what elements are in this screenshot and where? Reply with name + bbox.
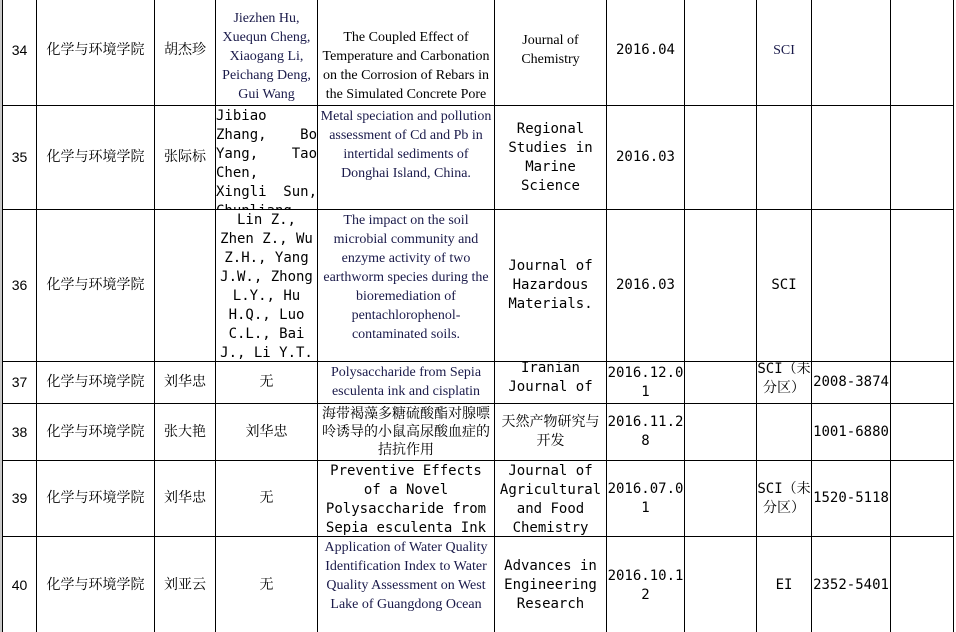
cell-journal[interactable]: Iranian Journal of Basic Medical	[495, 362, 607, 404]
cell-title[interactable]: Polysaccharide from Sepia esculenta ink …	[318, 362, 495, 404]
cell-index[interactable]: SCI（未分区）	[757, 362, 812, 404]
cell-index[interactable]	[757, 404, 812, 461]
cell-college[interactable]: 化学与环境学院	[37, 461, 155, 537]
cell-author[interactable]: 刘华忠	[155, 362, 216, 404]
cell-author[interactable]: 刘亚云	[155, 537, 216, 632]
title-text: The impact on the soil microbial communi…	[318, 211, 494, 361]
cell-empty[interactable]	[891, 106, 954, 210]
cell-empty[interactable]	[891, 461, 954, 537]
date-text: 2016.11.28	[607, 413, 684, 451]
cell-no[interactable]: 36	[3, 210, 37, 362]
title-text: The Coupled Effect of Temperature and Ca…	[318, 0, 494, 104]
table-row: 34 化学与环境学院 胡杰珍 Jiezhen Hu, Xuequn Cheng,…	[3, 0, 954, 106]
cell-author[interactable]: 刘华忠	[155, 461, 216, 537]
cell-coauthors[interactable]: Lin Z., Zhen Z., Wu Z.H., Yang J.W., Zho…	[216, 210, 318, 362]
cell-no[interactable]: 40	[3, 537, 37, 632]
cell-journal[interactable]: Regional Studies in Marine Science	[495, 106, 607, 210]
cell-empty[interactable]	[891, 404, 954, 461]
cell-issn[interactable]: 1001-6880	[812, 404, 891, 461]
coauthors-text: Jibiao Zhang, Bo Yang, Tao Chen, Xingli …	[216, 107, 317, 209]
cell-issn[interactable]	[812, 210, 891, 362]
date-text: 2016.12.01	[607, 364, 684, 402]
coauthors-text: Jiezhen Hu, Xuequn Cheng, Xiaogang Li, P…	[216, 0, 317, 104]
cell-college[interactable]: 化学与环境学院	[37, 362, 155, 404]
cell-title[interactable]: 海带褐藻多糖硫酸酯对腺嘌呤诱导的小鼠高尿酸血症的拮抗作用	[318, 404, 495, 461]
cell-coauthors[interactable]: 刘华忠	[216, 404, 318, 461]
cell-empty[interactable]	[685, 210, 757, 362]
cell-no[interactable]: 34	[3, 0, 37, 106]
cell-no[interactable]: 37	[3, 362, 37, 404]
table-row: 37 化学与环境学院 刘华忠 无 Polysaccharide from Sep…	[3, 362, 954, 404]
cell-issn[interactable]	[812, 106, 891, 210]
table-row: 40 化学与环境学院 刘亚云 无 Application of Water Qu…	[3, 537, 954, 632]
journal-text: Journal of Agricultural and Food Chemist…	[495, 462, 606, 536]
cell-empty[interactable]	[685, 362, 757, 404]
cell-index[interactable]	[757, 106, 812, 210]
cell-index[interactable]: EI	[757, 537, 812, 632]
cell-journal[interactable]: Advances in Engineering Research	[495, 537, 607, 632]
cell-title[interactable]: The impact on the soil microbial communi…	[318, 210, 495, 362]
cell-journal[interactable]: 天然产物研究与开发	[495, 404, 607, 461]
cell-empty[interactable]	[685, 106, 757, 210]
cell-index[interactable]: SCI	[757, 210, 812, 362]
cell-coauthors[interactable]: 无	[216, 537, 318, 632]
table-row: 36 化学与环境学院 Lin Z., Zhen Z., Wu Z.H., Yan…	[3, 210, 954, 362]
cell-author[interactable]: 张大艳	[155, 404, 216, 461]
cell-index[interactable]: SCI（未分区）	[757, 461, 812, 537]
cell-empty[interactable]	[685, 0, 757, 106]
table-row: 38 化学与环境学院 张大艳 刘华忠 海带褐藻多糖硫酸酯对腺嘌呤诱导的小鼠高尿酸…	[3, 404, 954, 461]
cell-issn[interactable]	[812, 0, 891, 106]
cell-title[interactable]: Preventive Effects of a Novel Polysaccha…	[318, 461, 495, 537]
date-text: 2016.10.12	[607, 567, 684, 605]
cell-title[interactable]: Application of Water Quality Identificat…	[318, 537, 495, 632]
cell-issn[interactable]: 2352-5401	[812, 537, 891, 632]
cell-empty[interactable]	[891, 537, 954, 632]
cell-no[interactable]: 39	[3, 461, 37, 537]
cell-author[interactable]: 张际标	[155, 106, 216, 210]
cell-date[interactable]: 2016.10.12	[607, 537, 685, 632]
cell-date[interactable]: 2016.07.01	[607, 461, 685, 537]
cell-no[interactable]: 38	[3, 404, 37, 461]
cell-college[interactable]: 化学与环境学院	[37, 404, 155, 461]
cell-journal[interactable]: Journal of Agricultural and Food Chemist…	[495, 461, 607, 537]
cell-empty[interactable]	[685, 461, 757, 537]
title-text: 海带褐藻多糖硫酸酯对腺嘌呤诱导的小鼠高尿酸血症的拮抗作用	[318, 405, 494, 460]
title-text: Polysaccharide from Sepia esculenta ink …	[318, 363, 494, 403]
cell-college[interactable]: 化学与环境学院	[37, 537, 155, 632]
cell-date[interactable]: 2016.04	[607, 0, 685, 106]
cell-empty[interactable]	[685, 537, 757, 632]
cell-no[interactable]: 35	[3, 106, 37, 210]
cell-date[interactable]: 2016.12.01	[607, 362, 685, 404]
cell-coauthors[interactable]: 无	[216, 461, 318, 537]
title-text: Application of Water Quality Identificat…	[318, 538, 494, 632]
cell-college[interactable]: 化学与环境学院	[37, 210, 155, 362]
cell-coauthors[interactable]: Jibiao Zhang, Bo Yang, Tao Chen, Xingli …	[216, 106, 318, 210]
cell-author[interactable]: 胡杰珍	[155, 0, 216, 106]
cell-date[interactable]: 2016.03	[607, 106, 685, 210]
cell-coauthors[interactable]: Jiezhen Hu, Xuequn Cheng, Xiaogang Li, P…	[216, 0, 318, 106]
cell-title[interactable]: The Coupled Effect of Temperature and Ca…	[318, 0, 495, 106]
cell-empty[interactable]	[891, 210, 954, 362]
cell-date[interactable]: 2016.03	[607, 210, 685, 362]
cell-index[interactable]: SCI	[757, 0, 812, 106]
table-row: 35 化学与环境学院 张际标 Jibiao Zhang, Bo Yang, Ta…	[3, 106, 954, 210]
journal-text: Iranian Journal of Basic Medical	[495, 362, 606, 399]
cell-empty[interactable]	[891, 362, 954, 404]
publications-table: 34 化学与环境学院 胡杰珍 Jiezhen Hu, Xuequn Cheng,…	[2, 0, 954, 632]
coauthors-text: Lin Z., Zhen Z., Wu Z.H., Yang J.W., Zho…	[216, 211, 317, 361]
cell-issn[interactable]: 2008-3874	[812, 362, 891, 404]
cell-college[interactable]: 化学与环境学院	[37, 106, 155, 210]
cell-empty[interactable]	[891, 0, 954, 106]
cell-title[interactable]: Metal speciation and pollution assessmen…	[318, 106, 495, 210]
cell-issn[interactable]: 1520-5118	[812, 461, 891, 537]
cell-college[interactable]: 化学与环境学院	[37, 0, 155, 106]
cell-date[interactable]: 2016.11.28	[607, 404, 685, 461]
title-text: Metal speciation and pollution assessmen…	[318, 107, 494, 209]
index-text: SCI（未分区）	[757, 362, 811, 400]
cell-journal[interactable]: Journal of Hazardous Materials.	[495, 210, 607, 362]
cell-author[interactable]	[155, 210, 216, 362]
cell-empty[interactable]	[685, 404, 757, 461]
title-text: Preventive Effects of a Novel Polysaccha…	[318, 462, 494, 536]
date-text: 2016.07.01	[607, 480, 684, 518]
table-row: 39 化学与环境学院 刘华忠 无 Preventive Effects of a…	[3, 461, 954, 537]
cell-coauthors[interactable]: 无	[216, 362, 318, 404]
cell-journal[interactable]: Journal of Chemistry	[495, 0, 607, 106]
